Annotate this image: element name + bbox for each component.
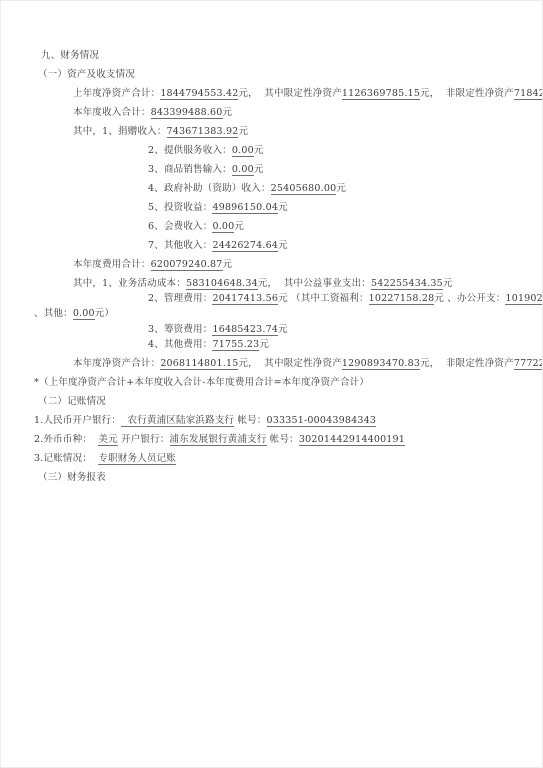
field-value: 033351-00043984343	[267, 415, 377, 427]
field-label: 元）	[95, 308, 114, 319]
field-value: 0.00	[232, 145, 254, 157]
income-investment: 5、投资收益：49896150.04元	[148, 201, 530, 214]
field-label: 元， 其中限定性净资产	[238, 88, 341, 99]
field-value: 专职财务人员记账	[98, 453, 176, 465]
field-label: 6、会费收入：	[148, 221, 212, 232]
field-value: 0.00	[232, 164, 254, 176]
field-label: 九、财务情况	[41, 50, 99, 61]
field-label: 元	[238, 126, 248, 137]
expense-fundraising: 3、筹资费用：16485423.74元	[148, 323, 530, 336]
expense-other: 4、其他费用：71755.23元	[148, 338, 530, 351]
financial-report-body: 九、财务情况（一）资产及收支情况上年度净资产合计：1844794553.42元，…	[34, 49, 530, 484]
current-year-net-assets: 本年度净资产合计：2068114801.15元， 其中限定性净资产1290893…	[73, 357, 530, 370]
field-label: 4、政府补助（资助）收入：	[148, 183, 271, 194]
field-value: 1126369785.15	[342, 88, 420, 100]
field-value: 25405680.00	[271, 183, 337, 195]
field-value: 美元	[98, 434, 117, 446]
field-label: 元	[336, 183, 346, 194]
field-label: 本年度净资产合计：	[73, 358, 160, 369]
field-label: 元	[278, 240, 288, 251]
field-value: 0.00	[73, 308, 95, 320]
field-label: 开户银行：	[118, 434, 170, 445]
field-value: 71755.23	[212, 339, 259, 351]
subsection-assets-income-title: （一）资产及收支情况	[38, 68, 530, 81]
field-value: 24426274.64	[212, 240, 278, 252]
field-label: 元 、办公开支：	[434, 293, 505, 304]
field-label: 3、商品销售输入：	[148, 164, 232, 175]
field-label: 其中，1、捐赠收入：	[73, 126, 167, 137]
field-label: 元	[278, 202, 288, 213]
section-finance-title: 九、财务情况	[41, 49, 530, 62]
field-label: *（上年度净资产合计+本年度收入合计-本年度费用合计=本年度净资产合计）	[34, 377, 369, 388]
field-label: 元	[234, 221, 244, 232]
field-label: 2、提供服务收入：	[148, 145, 232, 156]
field-value: 2068114801.15	[160, 358, 238, 370]
field-label: （二）记账情况	[38, 396, 106, 407]
field-label: 1.人民币开户银行：	[34, 415, 121, 426]
field-value: 49896150.04	[212, 202, 278, 214]
bookkeeping-method: 3.记账情况： 专职财务人员记账	[34, 452, 530, 465]
field-value: 浦东发展银行黄浦支行	[170, 434, 267, 446]
expense-admin: 2、管理费用：20417413.56元 （其中工资福利：10227158.28元…	[148, 292, 530, 305]
field-label: 帐号：	[234, 415, 266, 426]
subsection-financial-statements-title: （三）财务报表	[38, 471, 530, 484]
field-value: 30201442914400191	[299, 434, 405, 446]
field-label: 帐号：	[267, 434, 299, 445]
field-label: 元	[254, 145, 264, 156]
field-value: 718424768.27	[514, 88, 543, 100]
income-services: 2、提供服务收入：0.00元	[148, 144, 530, 157]
field-value: 743671383.92	[167, 126, 239, 138]
field-value: 20417413.56	[212, 293, 278, 305]
income-gov-subsidy: 4、政府补助（资助）收入：25405680.00元	[148, 182, 530, 195]
formula-note: *（上年度净资产合计+本年度收入合计-本年度费用合计=本年度净资产合计）	[34, 376, 530, 389]
foreign-currency-account: 2.外币币种： 美元 开户银行：浦东发展银行黄浦支行 帐号：3020144291…	[34, 433, 530, 446]
field-label: 元 （其中工资福利：	[278, 293, 369, 304]
field-value: 16485423.74	[212, 324, 278, 336]
field-label: 2、管理费用：	[148, 293, 212, 304]
field-label: 元	[443, 278, 453, 289]
field-label: 4、其他费用：	[148, 339, 212, 350]
field-value: 777221330.32	[514, 358, 543, 370]
field-label: 7、其他收入：	[148, 240, 212, 251]
field-value: 620079240.87	[151, 259, 223, 271]
field-label: 本年度费用合计：	[73, 259, 151, 270]
rmb-bank-account: 1.人民币开户银行： 农行黄浦区陆家浜路支行 帐号：033351-0004398…	[34, 414, 530, 427]
field-label: 其中，1、业务活动成本：	[73, 278, 186, 289]
field-value: 1290893470.83	[342, 358, 420, 370]
income-donation: 其中，1、捐赠收入：743671383.92元	[73, 125, 530, 138]
current-year-expense-total: 本年度费用合计：620079240.87元	[73, 258, 530, 271]
field-label: 5、投资收益：	[148, 202, 212, 213]
field-value: 843399488.60	[151, 107, 223, 119]
field-label: 元	[223, 107, 233, 118]
field-value: 1844794553.42	[160, 88, 238, 100]
field-label: （三）财务报表	[38, 472, 106, 483]
field-value: 10227158.28	[369, 293, 435, 305]
field-value: 0.00	[212, 221, 234, 233]
prev-year-net-assets: 上年度净资产合计：1844794553.42元， 其中限定性净资产1126369…	[73, 87, 530, 100]
field-label: 元， 非限定性净资产	[420, 358, 514, 369]
field-value: 农行黄浦区陆家浜路支行	[121, 415, 234, 427]
field-label: 上年度净资产合计：	[73, 88, 160, 99]
field-label: 元， 其中限定性净资产	[238, 358, 341, 369]
field-label: 元	[223, 259, 233, 270]
field-label: 3.记账情况：	[34, 453, 98, 464]
financial-report-page: 九、财务情况（一）资产及收支情况上年度净资产合计：1844794553.42元，…	[0, 0, 543, 768]
field-label: （一）资产及收支情况	[38, 69, 135, 80]
field-label: 元	[254, 164, 264, 175]
subsection-bookkeeping-title: （二）记账情况	[38, 395, 530, 408]
income-goods-sales: 3、商品销售输入：0.00元	[148, 163, 530, 176]
current-year-income-total: 本年度收入合计：843399488.60元	[73, 106, 530, 119]
field-label: 3、筹资费用：	[148, 324, 212, 335]
field-label: 元	[259, 339, 269, 350]
field-value: 10190255.28	[505, 293, 543, 305]
field-label: 元， 其中公益事业支出：	[258, 278, 371, 289]
field-value: 542255434.35	[371, 278, 443, 290]
field-label: 本年度收入合计：	[73, 107, 151, 118]
expense-activity-cost: 其中，1、业务活动成本：583104648.34元， 其中公益事业支出：5422…	[73, 277, 530, 290]
income-other: 7、其他收入：24426274.64元	[148, 239, 530, 252]
field-value: 583104648.34	[186, 278, 258, 290]
field-label: 元， 非限定性净资产	[420, 88, 514, 99]
expense-admin-continued: 、其他：0.00元）	[34, 307, 530, 320]
field-label: 元	[278, 324, 288, 335]
income-membership: 6、会费收入：0.00元	[148, 220, 530, 233]
field-label: 2.外币币种：	[34, 434, 98, 445]
field-label: 、其他：	[34, 308, 73, 319]
